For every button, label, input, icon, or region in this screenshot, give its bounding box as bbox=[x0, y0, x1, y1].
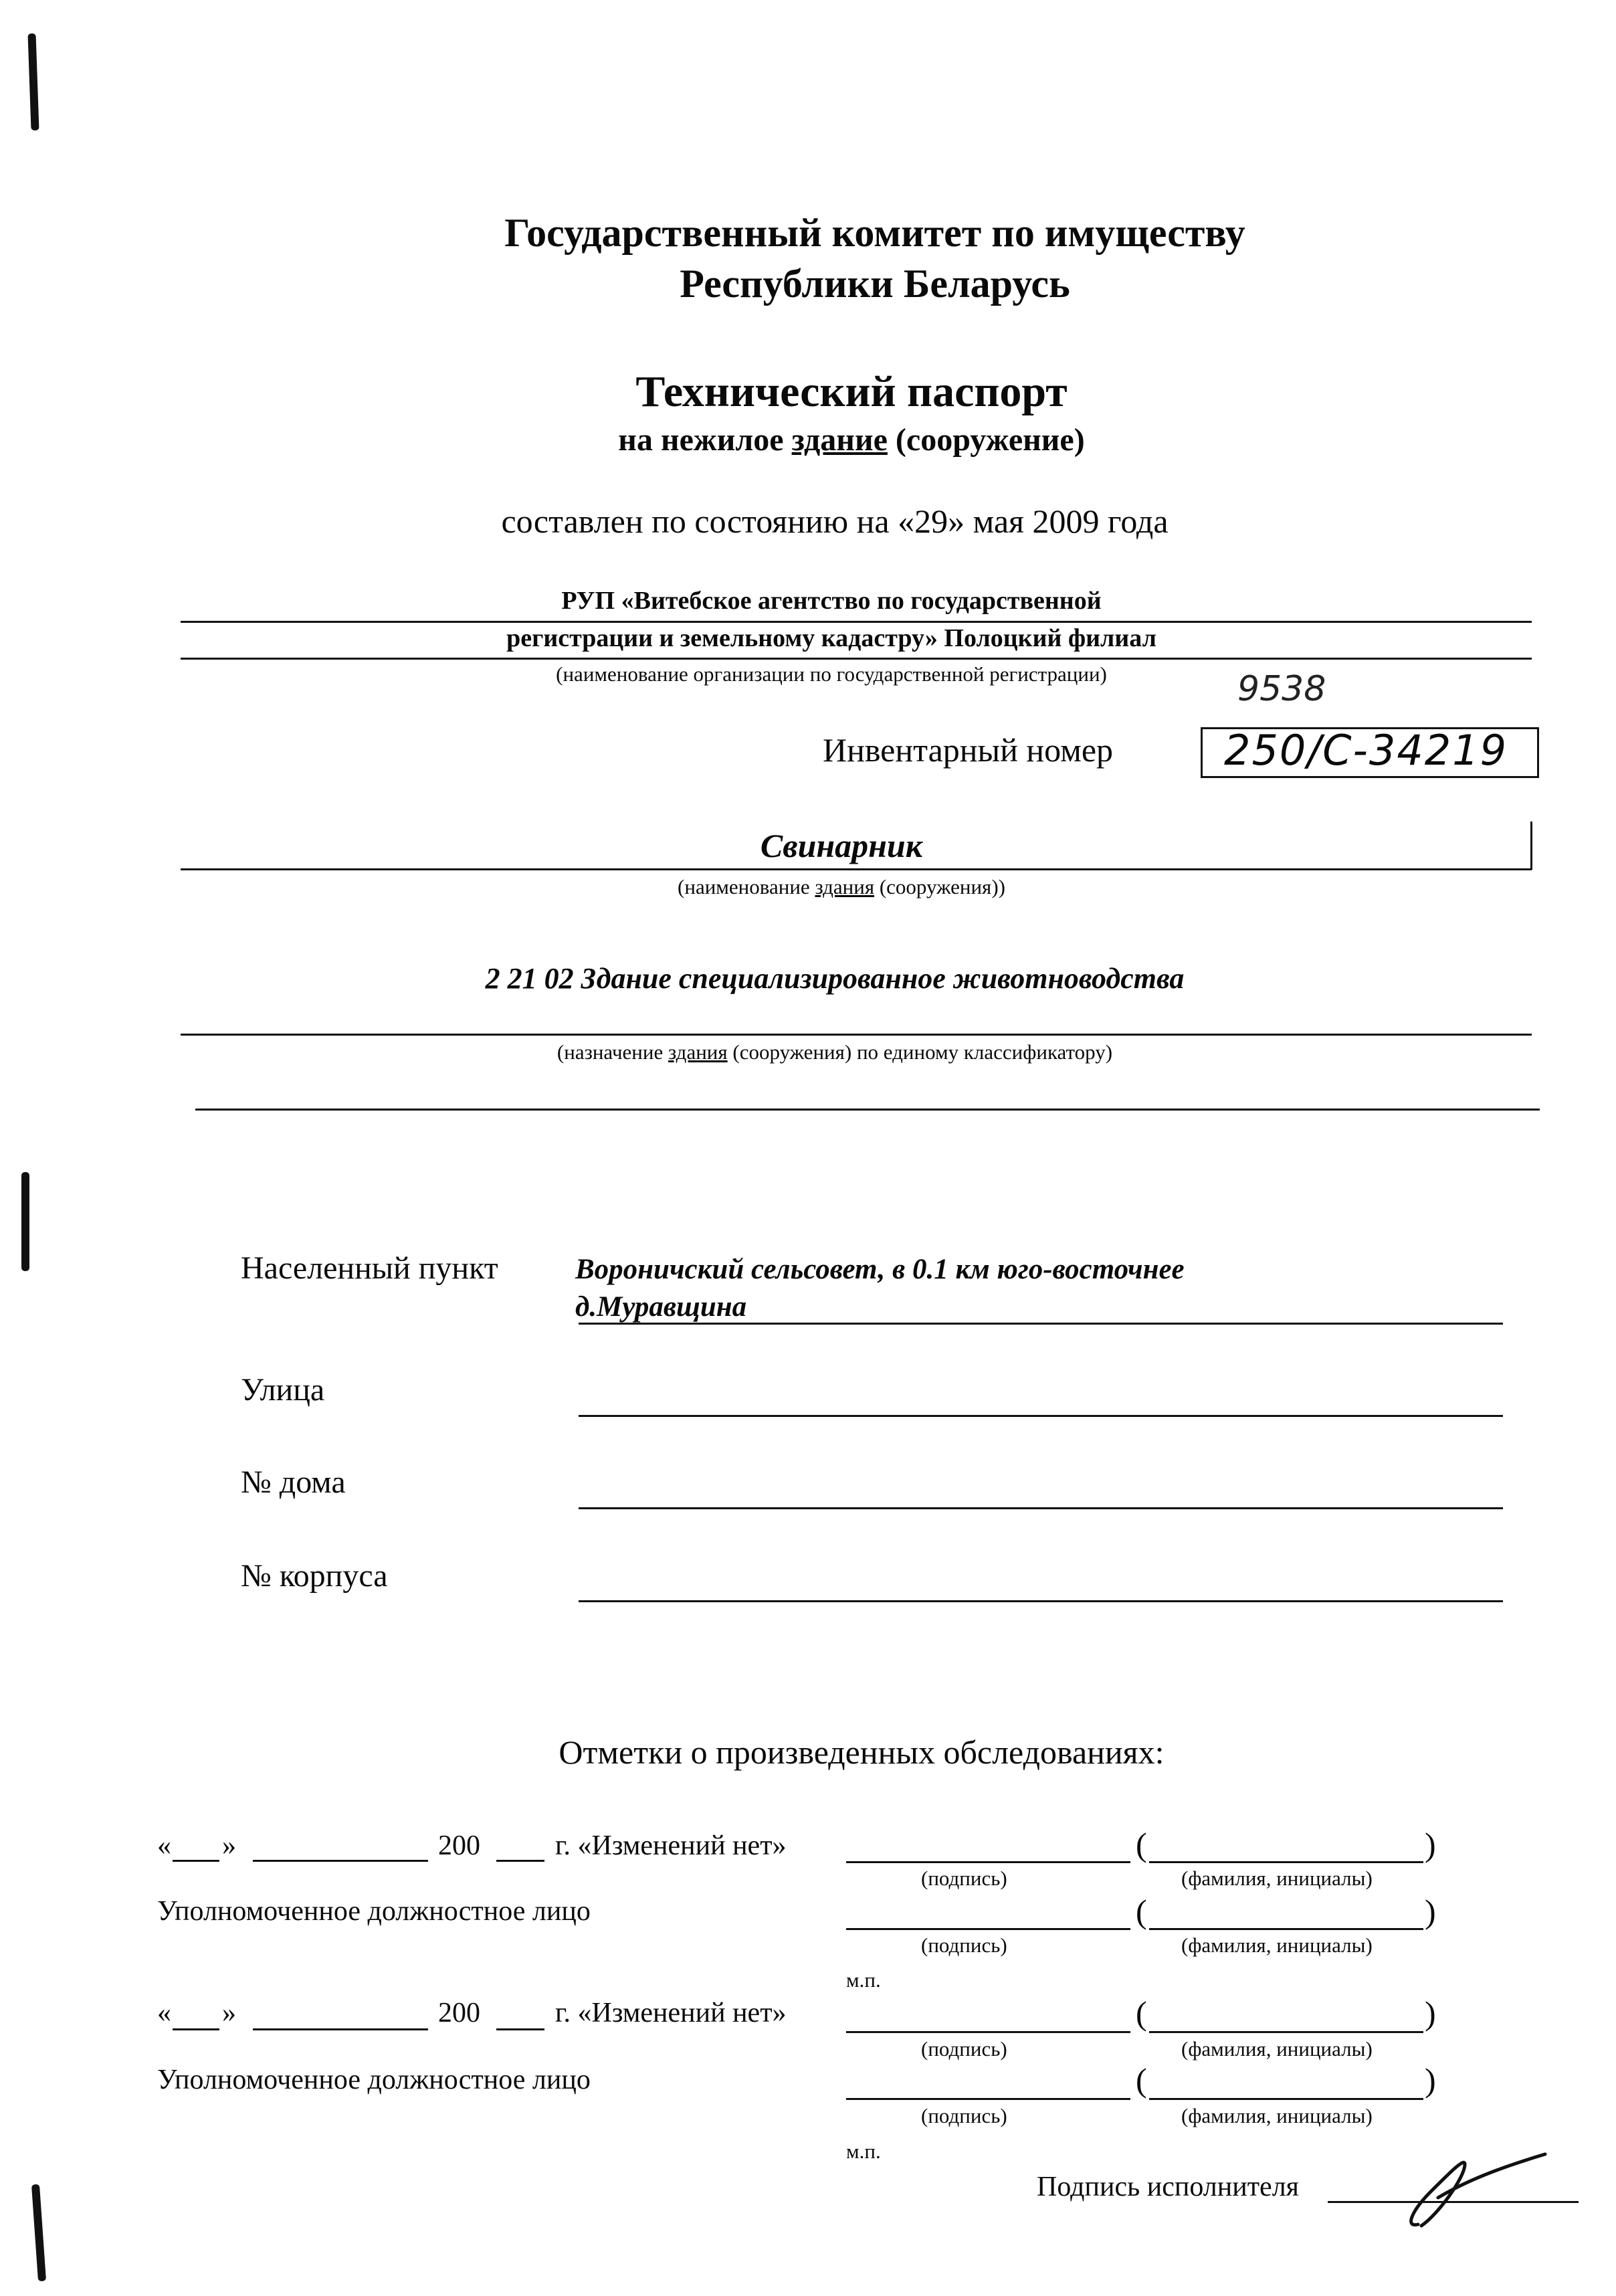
building-name-caption: (наименование здания (сооружения)) bbox=[0, 875, 1616, 899]
year-prefix: 200 bbox=[438, 1997, 480, 2029]
name-caption: (фамилия, инициалы) bbox=[1181, 2104, 1373, 2128]
purpose-rule bbox=[181, 1034, 1532, 1036]
house-number-rule bbox=[579, 1507, 1503, 1509]
committee-line-2: Республики Беларусь bbox=[134, 258, 1616, 309]
binder-mark-top bbox=[27, 33, 39, 130]
house-number-label: № дома bbox=[241, 1464, 346, 1501]
settlement-value-line-1: Вороничский сельсовет, в 0.1 км юго-вост… bbox=[575, 1250, 1185, 1290]
day-field[interactable] bbox=[173, 1860, 219, 1862]
handwritten-signature-icon bbox=[1391, 2151, 1565, 2231]
settlement-rule bbox=[579, 1323, 1503, 1325]
signature-field[interactable] bbox=[846, 2031, 1130, 2033]
official-name-field[interactable] bbox=[1149, 2098, 1423, 2100]
building-number-label: № корпуса bbox=[241, 1557, 388, 1594]
organization-line-1: РУП «Витебское агентство по государствен… bbox=[0, 586, 1616, 615]
name-caption: (фамилия, инициалы) bbox=[1181, 1933, 1373, 1957]
inventory-number-value: 250/С-34219 bbox=[1224, 726, 1508, 775]
month-field[interactable] bbox=[253, 1860, 428, 1862]
signature-caption: (подпись) bbox=[921, 1867, 1007, 1891]
name-field[interactable] bbox=[1149, 2031, 1423, 2033]
committee-title: Государственный комитет по имуществу Рес… bbox=[0, 207, 1616, 309]
day-field[interactable] bbox=[173, 2028, 219, 2030]
caption-pre: (назначение bbox=[557, 1040, 668, 1064]
year-field[interactable] bbox=[496, 2028, 544, 2030]
paren-close: ) bbox=[1425, 1892, 1436, 1931]
signature-caption: (подпись) bbox=[921, 1933, 1007, 1957]
settlement-value-line-2: д.Муравщина bbox=[575, 1287, 746, 1327]
name-field[interactable] bbox=[1149, 1861, 1423, 1863]
org-line-2-rule bbox=[181, 658, 1532, 660]
binder-mark-middle bbox=[21, 1172, 29, 1271]
official-signature-field[interactable] bbox=[846, 1928, 1130, 1930]
paren-close: ) bbox=[1425, 1825, 1436, 1864]
name-caption: (фамилия, инициалы) bbox=[1181, 1867, 1373, 1891]
official-signature-field[interactable] bbox=[846, 2098, 1130, 2100]
binder-mark-bottom bbox=[31, 2184, 46, 2281]
signature-caption: (подпись) bbox=[921, 2037, 1007, 2061]
signature-caption: (подпись) bbox=[921, 2104, 1007, 2128]
organization-caption: (наименование организации по государстве… bbox=[0, 662, 1616, 686]
street-rule bbox=[579, 1415, 1503, 1417]
date-close-quote: » bbox=[222, 1997, 236, 2029]
street-label: Улица bbox=[241, 1371, 324, 1408]
official-label: Уполномоченное должностное лицо bbox=[157, 2064, 591, 2096]
paren-open: ( bbox=[1136, 1825, 1147, 1864]
surveys-title: Отметки о произведенных обследованиях: bbox=[0, 1733, 1616, 1772]
year-prefix: 200 bbox=[438, 1830, 480, 1862]
stamp-mark: м.п. bbox=[846, 2139, 881, 2164]
no-changes-label: г. «Изменений нет» bbox=[555, 1830, 787, 1862]
settlement-label: Населенный пункт bbox=[241, 1250, 498, 1286]
no-changes-label: г. «Изменений нет» bbox=[555, 1997, 787, 2029]
name-caption: (фамилия, инициалы) bbox=[1181, 2037, 1373, 2061]
date-statement: составлен по состоянию на «29» мая 2009 … bbox=[0, 502, 1616, 541]
inventory-label: Инвентарный номер bbox=[823, 731, 1113, 769]
building-purpose-caption: (назначение здания (сооружения) по едино… bbox=[0, 1040, 1616, 1064]
document-subtitle: на нежилое здание (сооружение) bbox=[0, 421, 1616, 458]
building-name-end-tick bbox=[1530, 822, 1532, 870]
org-line-1-rule bbox=[181, 621, 1532, 623]
paren-close: ) bbox=[1425, 1994, 1436, 2032]
building-number-rule bbox=[579, 1600, 1503, 1602]
caption-underlined: здания bbox=[815, 875, 874, 898]
organization-line-2: регистрации и земельному кадастру» Полоц… bbox=[0, 624, 1616, 653]
subtitle-post: (сооружение) bbox=[888, 422, 1085, 458]
building-name: Свинарник bbox=[0, 826, 1616, 865]
inventory-handwritten-note: 9538 bbox=[1237, 669, 1326, 709]
building-purpose: 2 21 02 Здание специализированное животн… bbox=[0, 961, 1616, 995]
building-name-rule bbox=[181, 868, 1532, 870]
executor-signature-label: Подпись исполнителя bbox=[1037, 2171, 1299, 2203]
year-field[interactable] bbox=[496, 1860, 544, 1862]
official-label: Уполномоченное должностное лицо bbox=[157, 1895, 591, 1927]
subtitle-pre: на нежилое bbox=[618, 422, 791, 458]
caption-post: (сооружения) по единому классификатору) bbox=[728, 1040, 1112, 1064]
date-open-quote: « bbox=[157, 1830, 171, 1862]
signature-field[interactable] bbox=[846, 1861, 1130, 1863]
paren-open: ( bbox=[1136, 1892, 1147, 1931]
date-open-quote: « bbox=[157, 1997, 171, 2029]
paren-open: ( bbox=[1136, 2061, 1147, 2099]
purpose-extra-rule bbox=[195, 1109, 1540, 1111]
caption-post: (сооружения)) bbox=[874, 875, 1005, 898]
caption-underlined: здания bbox=[668, 1040, 728, 1064]
paren-open: ( bbox=[1136, 1994, 1147, 2032]
paren-close: ) bbox=[1425, 2061, 1436, 2099]
month-field[interactable] bbox=[253, 2028, 428, 2030]
stamp-mark: м.п. bbox=[846, 1968, 881, 1992]
caption-pre: (наименование bbox=[678, 875, 815, 898]
date-close-quote: » bbox=[222, 1830, 236, 1862]
subtitle-underlined: здание bbox=[792, 422, 888, 458]
official-name-field[interactable] bbox=[1149, 1928, 1423, 1930]
committee-line-1: Государственный комитет по имуществу bbox=[134, 207, 1616, 258]
document-title: Технический паспорт bbox=[0, 367, 1616, 417]
